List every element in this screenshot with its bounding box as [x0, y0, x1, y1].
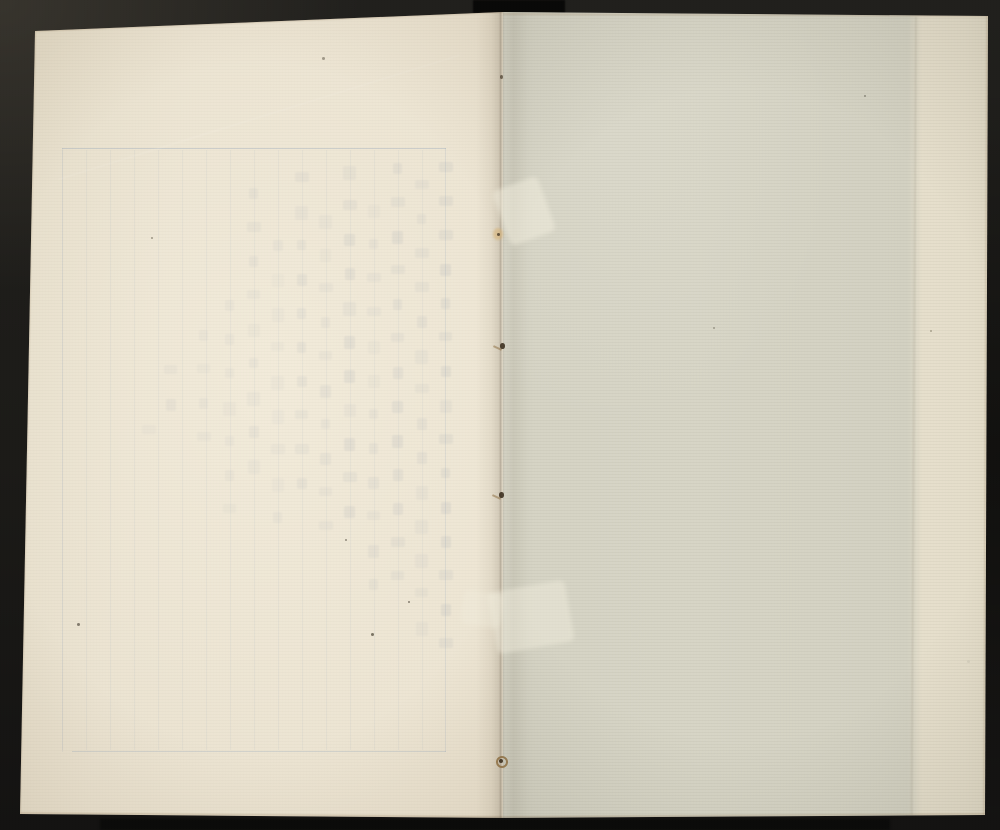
paper-speck — [967, 660, 970, 663]
tissue-repair-patch — [460, 589, 504, 628]
photo-stage — [0, 0, 1000, 830]
paper-speck — [408, 601, 410, 603]
paper-speck — [371, 633, 374, 636]
paper-speck — [151, 237, 153, 239]
gutter-shadow — [476, 12, 528, 818]
gutter-crease-line — [500, 12, 501, 818]
paper-speck — [322, 57, 325, 60]
paper-speck — [77, 623, 80, 626]
paper-speck — [930, 330, 932, 332]
backdrop-bottom-strip — [100, 819, 890, 830]
paper-speck — [713, 327, 715, 329]
paper-speck — [864, 95, 866, 97]
paper-speck — [345, 539, 347, 541]
stitch-hole — [500, 75, 503, 79]
